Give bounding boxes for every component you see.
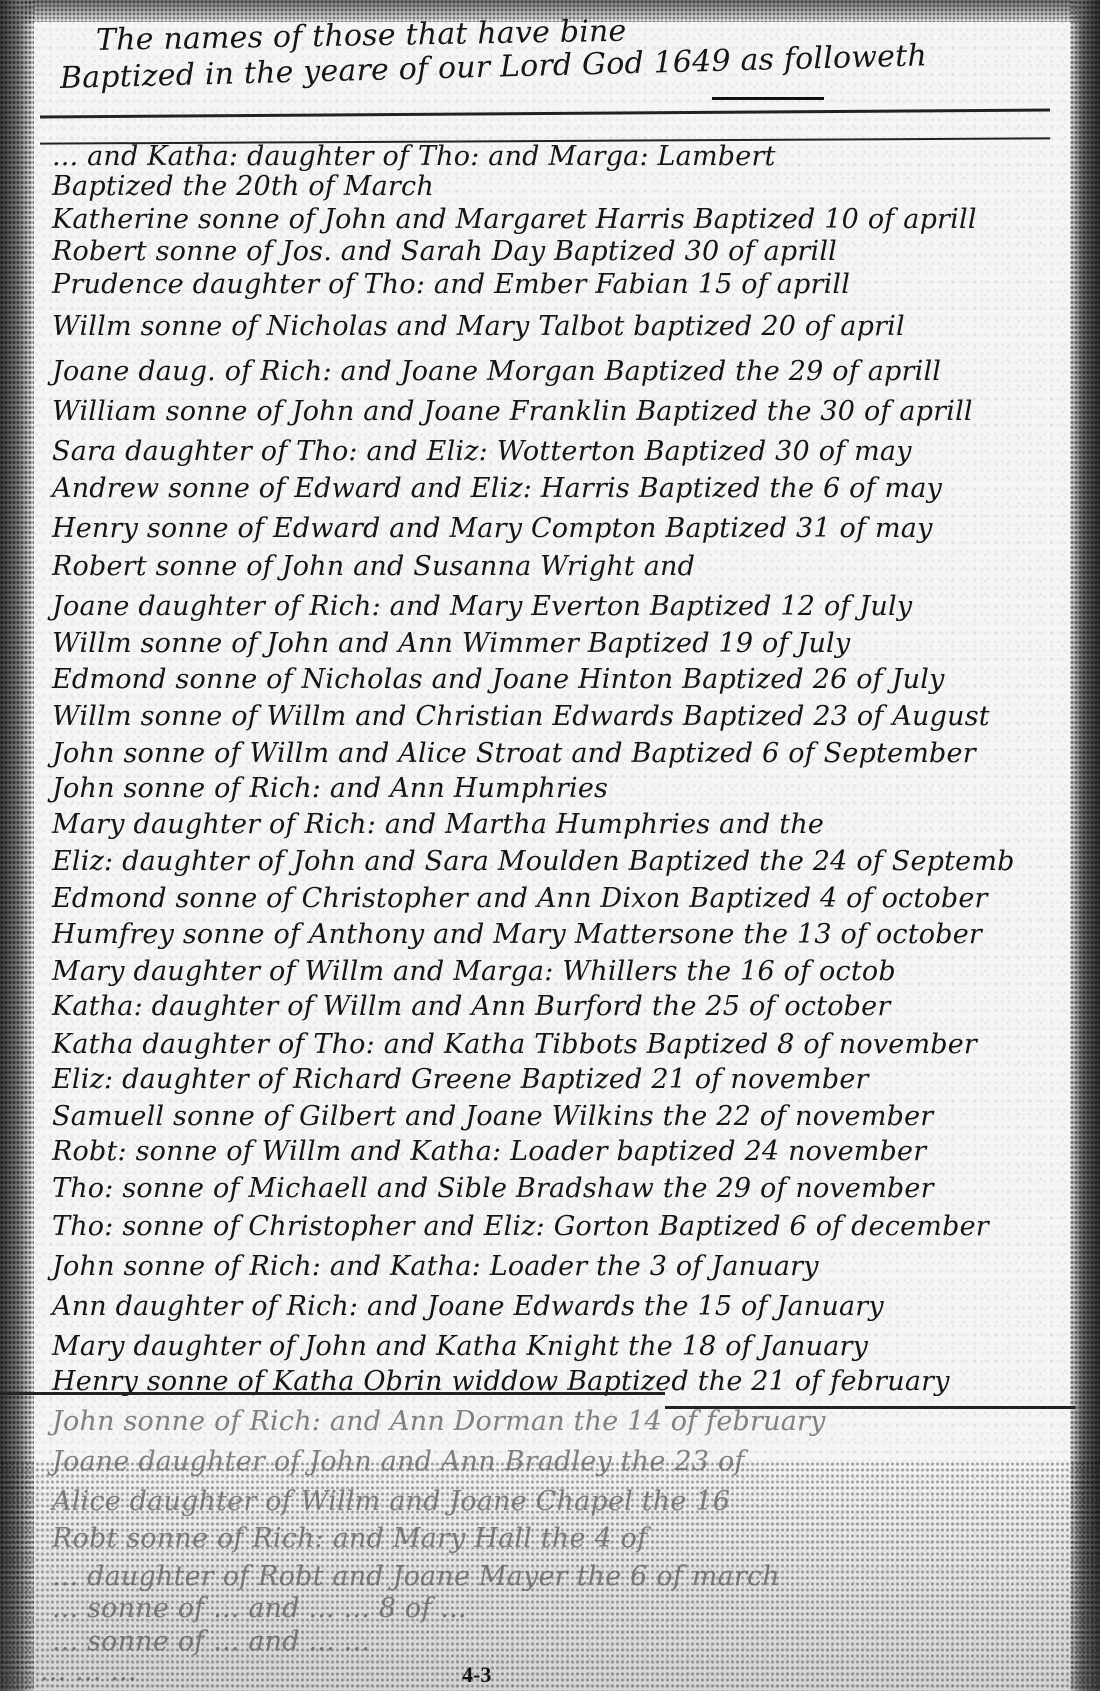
entry: Robt: sonne of Willm and Katha: Loader b… xyxy=(52,1135,1052,1169)
entry: Prudence daughter of Tho: and Ember Fabi… xyxy=(52,268,1052,302)
entry: John sonne of Rich: and Katha: Loader th… xyxy=(52,1250,1052,1284)
entry: Katha: daughter of Willm and Ann Burford… xyxy=(52,990,1052,1024)
entry: Robert sonne of John and Susanna Wright … xyxy=(52,550,1052,584)
entry: Henry sonne of Edward and Mary Compton B… xyxy=(52,512,1052,546)
entry: Alice daughter of Willm and Joane Chapel… xyxy=(52,1485,1052,1519)
entry: Joane daughter of John and Ann Bradley t… xyxy=(52,1445,1052,1479)
entry: Willm sonne of Nicholas and Mary Talbot … xyxy=(52,310,1052,344)
entry: ... sonne of ... and ... ... 8 of ... xyxy=(52,1592,1052,1626)
entry: Eliz: daughter of Richard Greene Baptize… xyxy=(52,1063,1052,1097)
entry: Willm sonne of John and Ann Wimmer Bapti… xyxy=(52,627,1052,661)
entry: Robert sonne of Jos. and Sarah Day Bapti… xyxy=(52,235,1052,269)
entry: Tho: sonne of Christopher and Eliz: Gort… xyxy=(52,1210,1052,1244)
entry: Willm sonne of Willm and Christian Edwar… xyxy=(52,700,1052,734)
heading-rule xyxy=(40,108,1050,118)
scan-edge-left xyxy=(0,0,34,1691)
entry: Sara daughter of Tho: and Eliz: Wotterto… xyxy=(52,435,1052,469)
entry: William sonne of John and Joane Franklin… xyxy=(52,395,1052,429)
entry: Katherine sonne of John and Margaret Har… xyxy=(52,203,1052,237)
entry: ... ... ... xyxy=(40,1655,1040,1689)
entry: Mary daughter of Willm and Marga: Whille… xyxy=(52,955,1052,989)
entry: Ann daughter of Rich: and Joane Edwards … xyxy=(52,1290,1052,1324)
section-rule-left xyxy=(0,1392,665,1395)
entry: Joane daug. of Rich: and Joane Morgan Ba… xyxy=(52,355,1052,389)
entry: Baptized the 20th of March xyxy=(52,170,1052,204)
entry: Tho: sonne of Michaell and Sible Bradsha… xyxy=(52,1172,1052,1206)
entry: John sonne of Rich: and Ann Humphries xyxy=(52,772,1052,806)
entry: ... and Katha: daughter of Tho: and Marg… xyxy=(52,140,1052,174)
register-page: The names of those that have bine Baptiz… xyxy=(0,0,1100,1691)
entry: Edmond sonne of Nicholas and Joane Hinto… xyxy=(52,663,1052,697)
entry: Edmond sonne of Christopher and Ann Dixo… xyxy=(52,882,1052,916)
entry: Eliz: daughter of John and Sara Moulden … xyxy=(52,845,1052,879)
entry: ... daughter of Robt and Joane Mayer the… xyxy=(52,1560,1052,1594)
entry: Mary daughter of John and Katha Knight t… xyxy=(52,1330,1052,1364)
entry: John sonne of Willm and Alice Stroat and… xyxy=(52,737,1052,771)
entry: Samuell sonne of Gilbert and Joane Wilki… xyxy=(52,1100,1052,1134)
entry: Andrew sonne of Edward and Eliz: Harris … xyxy=(52,472,1052,506)
entry: ... sonne of ... and ... ... xyxy=(52,1625,1052,1659)
scan-edge-right xyxy=(1070,0,1100,1691)
entry: Humfrey sonne of Anthony and Mary Matter… xyxy=(52,918,1052,952)
entry: Robt sonne of Rich: and Mary Hall the 4 … xyxy=(52,1522,1052,1556)
entry: Joane daughter of Rich: and Mary Everton… xyxy=(52,590,1052,624)
page-number: 4-3 xyxy=(462,1662,491,1688)
entry: John sonne of Rich: and Ann Dorman the 1… xyxy=(52,1405,1052,1439)
entry: Mary daughter of Rich: and Martha Humphr… xyxy=(52,808,1052,842)
entry: Katha daughter of Tho: and Katha Tibbots… xyxy=(52,1028,1052,1062)
year-underline xyxy=(712,97,824,100)
